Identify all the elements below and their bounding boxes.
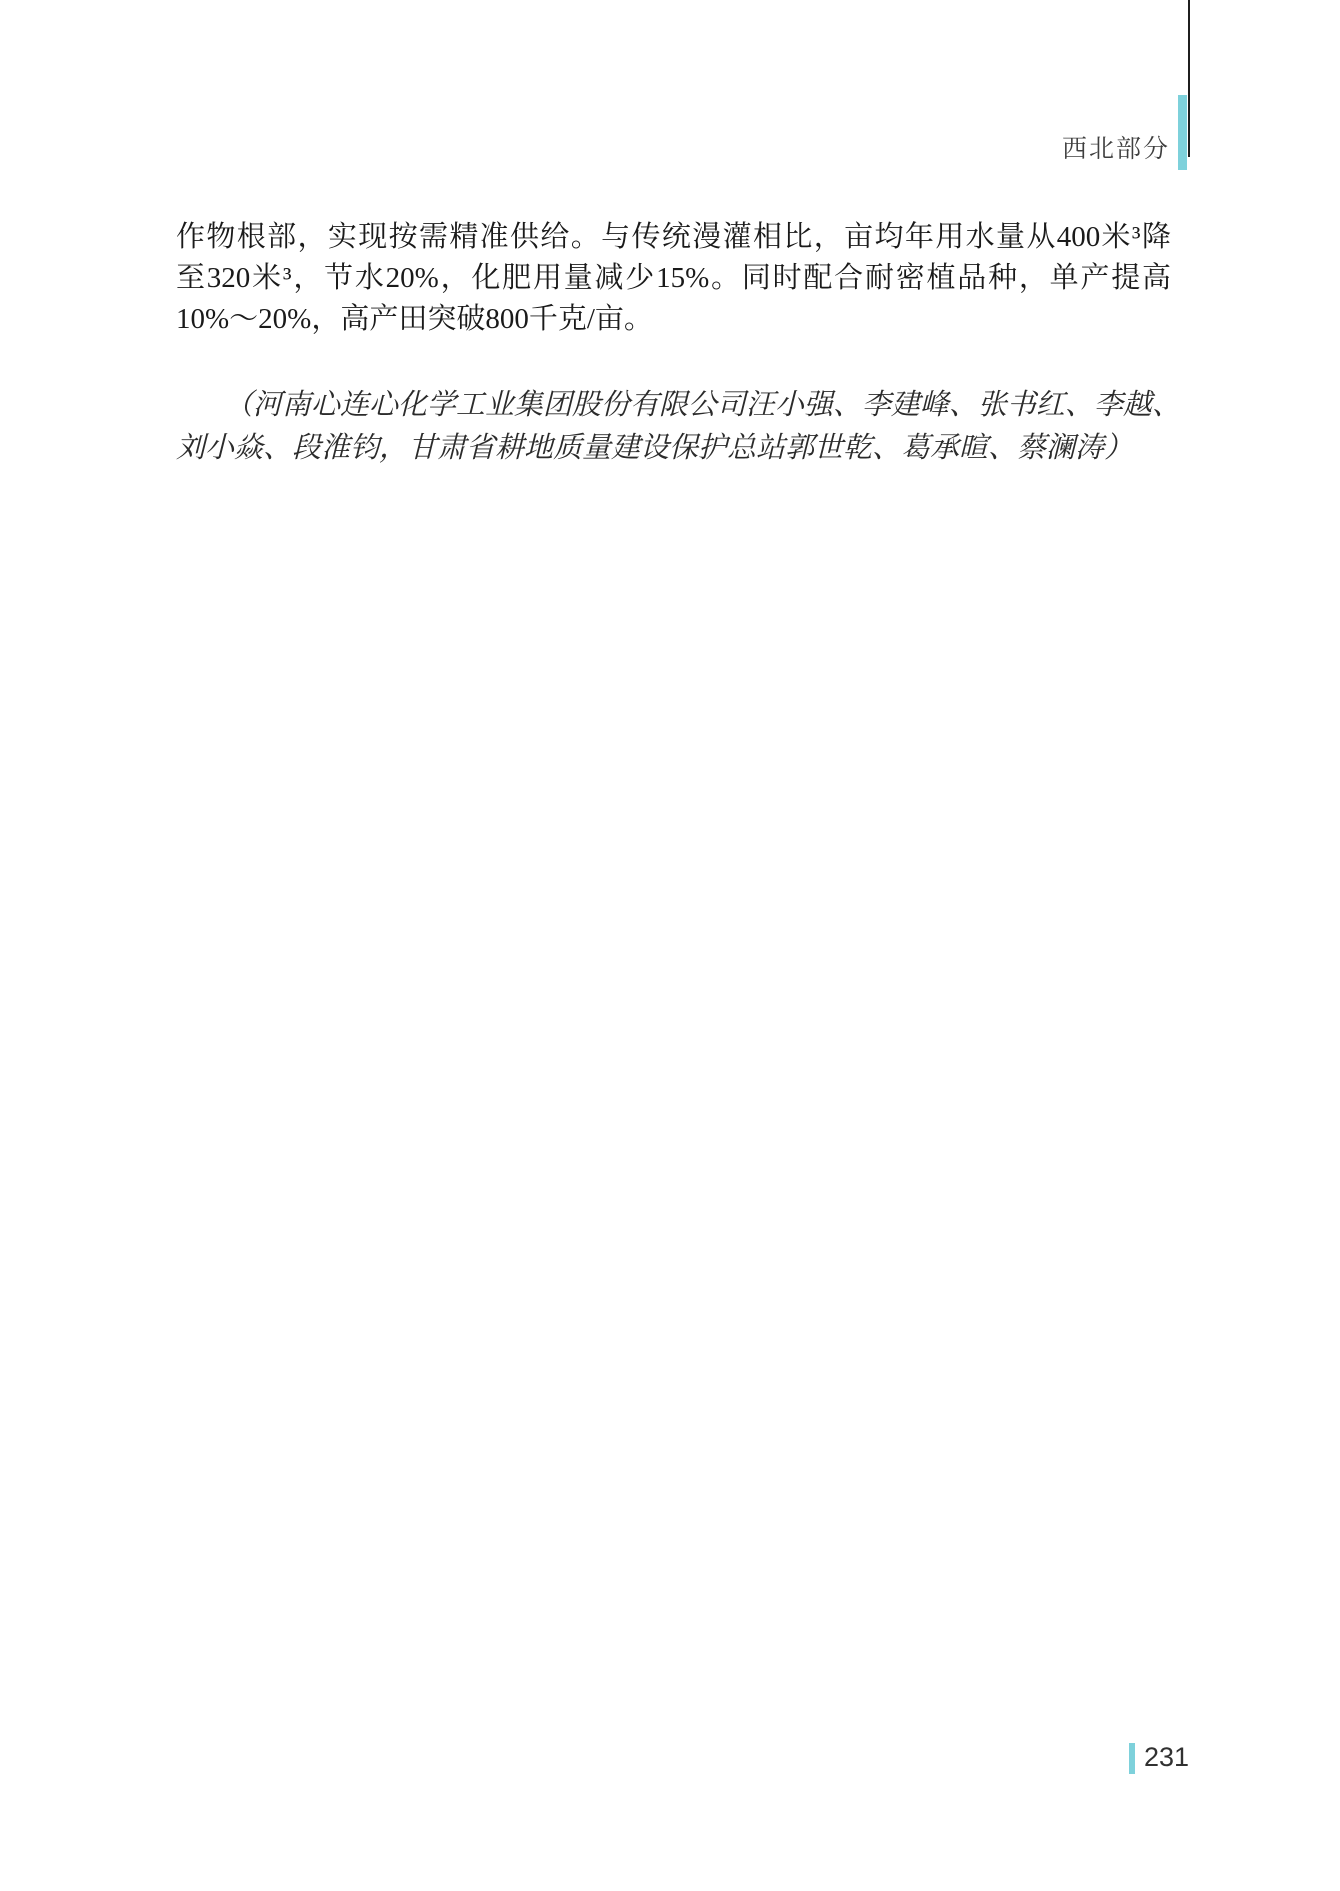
body-paragraph: 作物根部，实现按需精准供给。与传统漫灌相比，亩均年用水量从400米³降 至320… xyxy=(176,217,1171,340)
body-line: 至320米³，节水20%，化肥用量减少15%。同时配合耐密植品种，单产提高 xyxy=(176,258,1171,299)
attribution-line: 刘小焱、段淮钧，甘肃省耕地质量建设保护总站郭世乾、葛承暄、蔡澜涛） xyxy=(176,427,1171,470)
body-line: 作物根部，实现按需精准供给。与传统漫灌相比，亩均年用水量从400米³降 xyxy=(176,217,1171,258)
attribution-line: （河南心连心化学工业集团股份有限公司汪小强、李建峰、张书红、李越、 xyxy=(176,384,1171,427)
page-edge-line xyxy=(1188,0,1190,157)
page-number: 231 xyxy=(1144,1742,1189,1773)
document-page: 西北部分 作物根部，实现按需精准供给。与传统漫灌相比，亩均年用水量从400米³降… xyxy=(0,0,1340,1891)
header-accent-bar xyxy=(1178,95,1187,170)
footer-accent-bar xyxy=(1129,1743,1135,1774)
body-line: 10%～20%，高产田突破800千克/亩。 xyxy=(176,299,1171,340)
running-header-section-label: 西北部分 xyxy=(1062,135,1170,163)
attribution-paragraph: （河南心连心化学工业集团股份有限公司汪小强、李建峰、张书红、李越、 刘小焱、段淮… xyxy=(176,384,1171,470)
